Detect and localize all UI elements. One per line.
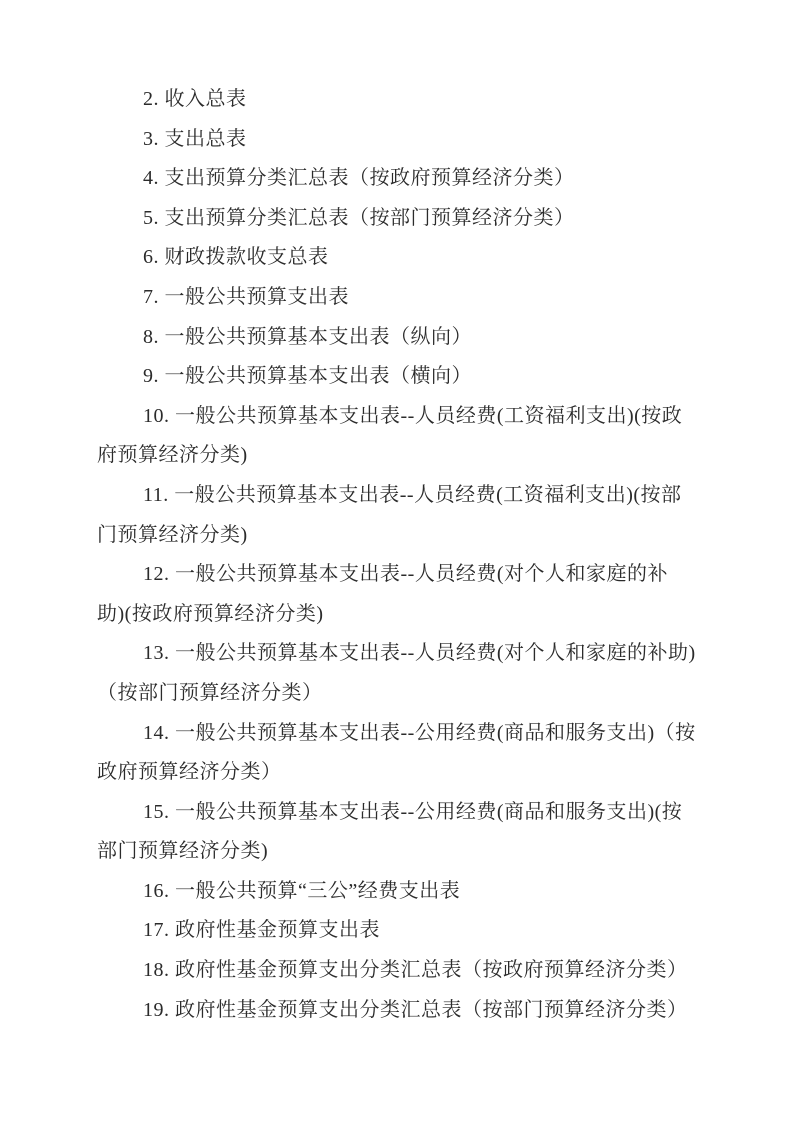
toc-item-line-first: 6. 财政拨款收支总表	[97, 238, 737, 278]
toc-item-line-continuation: 部门预算经济分类)	[97, 832, 737, 872]
toc-item: 6. 财政拨款收支总表	[97, 238, 737, 278]
toc-item-line-continuation: （按部门预算经济分类）	[97, 674, 737, 714]
toc-item: 10. 一般公共预算基本支出表--人员经费(工资福利支出)(按政府预算经济分类)	[97, 397, 737, 476]
toc-item: 15. 一般公共预算基本支出表--公用经费(商品和服务支出)(按部门预算经济分类…	[97, 793, 737, 872]
toc-item-line-first: 8. 一般公共预算基本支出表（纵向）	[97, 318, 737, 358]
toc-item-line-first: 5. 支出预算分类汇总表（按部门预算经济分类）	[97, 199, 737, 239]
toc-item: 16. 一般公共预算“三公”经费支出表	[97, 872, 737, 912]
toc-item-line-first: 2. 收入总表	[97, 80, 737, 120]
toc-item-line-first: 7. 一般公共预算支出表	[97, 278, 737, 318]
toc-item-line-first: 3. 支出总表	[97, 120, 737, 160]
toc-item: 19. 政府性基金预算支出分类汇总表（按部门预算经济分类）	[97, 991, 737, 1031]
toc-item: 7. 一般公共预算支出表	[97, 278, 737, 318]
toc-item-line-first: 19. 政府性基金预算支出分类汇总表（按部门预算经济分类）	[97, 991, 737, 1031]
toc-item-line-continuation: 政府预算经济分类）	[97, 753, 737, 793]
toc-item: 18. 政府性基金预算支出分类汇总表（按政府预算经济分类）	[97, 951, 737, 991]
toc-item-line-first: 4. 支出预算分类汇总表（按政府预算经济分类）	[97, 159, 737, 199]
toc-item: 3. 支出总表	[97, 120, 737, 160]
toc-item-line-continuation: 府预算经济分类)	[97, 436, 737, 476]
toc-item-line-first: 17. 政府性基金预算支出表	[97, 911, 737, 951]
toc-item: 14. 一般公共预算基本支出表--公用经费(商品和服务支出)（按政府预算经济分类…	[97, 714, 737, 793]
toc-list: 2. 收入总表3. 支出总表4. 支出预算分类汇总表（按政府预算经济分类）5. …	[97, 80, 737, 1030]
toc-item-line-first: 16. 一般公共预算“三公”经费支出表	[97, 872, 737, 912]
toc-item-line-first: 13. 一般公共预算基本支出表--人员经费(对个人和家庭的补助)	[97, 634, 737, 674]
toc-item: 17. 政府性基金预算支出表	[97, 911, 737, 951]
toc-item: 13. 一般公共预算基本支出表--人员经费(对个人和家庭的补助)（按部门预算经济…	[97, 634, 737, 713]
document-page: 2. 收入总表3. 支出总表4. 支出预算分类汇总表（按政府预算经济分类）5. …	[0, 0, 794, 1122]
toc-item: 9. 一般公共预算基本支出表（横向）	[97, 357, 737, 397]
toc-item-line-first: 15. 一般公共预算基本支出表--公用经费(商品和服务支出)(按	[97, 793, 737, 833]
toc-item-line-continuation: 门预算经济分类)	[97, 516, 737, 556]
toc-item-line-first: 12. 一般公共预算基本支出表--人员经费(对个人和家庭的补	[97, 555, 737, 595]
toc-item: 12. 一般公共预算基本支出表--人员经费(对个人和家庭的补助)(按政府预算经济…	[97, 555, 737, 634]
toc-item: 4. 支出预算分类汇总表（按政府预算经济分类）	[97, 159, 737, 199]
toc-item-line-first: 11. 一般公共预算基本支出表--人员经费(工资福利支出)(按部	[97, 476, 737, 516]
toc-item: 8. 一般公共预算基本支出表（纵向）	[97, 318, 737, 358]
toc-item-line-first: 18. 政府性基金预算支出分类汇总表（按政府预算经济分类）	[97, 951, 737, 991]
toc-item-line-continuation: 助)(按政府预算经济分类)	[97, 595, 737, 635]
toc-item: 11. 一般公共预算基本支出表--人员经费(工资福利支出)(按部门预算经济分类)	[97, 476, 737, 555]
toc-item-line-first: 10. 一般公共预算基本支出表--人员经费(工资福利支出)(按政	[97, 397, 737, 437]
toc-item-line-first: 9. 一般公共预算基本支出表（横向）	[97, 357, 737, 397]
toc-item: 5. 支出预算分类汇总表（按部门预算经济分类）	[97, 199, 737, 239]
toc-item-line-first: 14. 一般公共预算基本支出表--公用经费(商品和服务支出)（按	[97, 714, 737, 754]
toc-item: 2. 收入总表	[97, 80, 737, 120]
